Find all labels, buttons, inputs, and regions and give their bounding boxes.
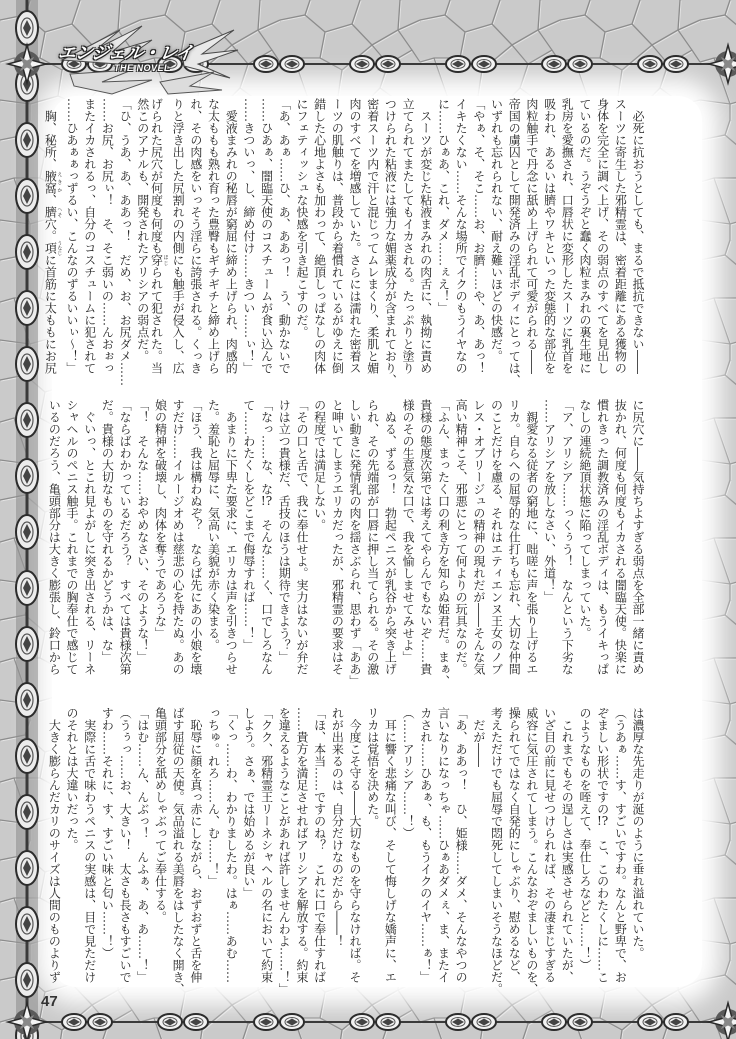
text-column: 「ア、アリシア……っくぅう！ なんという下劣な	[558, 399, 576, 675]
text-column: りと浮き出した尻割れの内側にも触手が侵入し、広	[168, 98, 186, 374]
text-column: 耳に響く悲痛な叫び、そして悔しげな嬌声に、エ	[381, 707, 399, 983]
book-page: エンジェル・レイ THE NOVEL 必死に抗おうとしても、まるで抵抗できない―…	[0, 0, 736, 1039]
text-column: ぞましい形状ですの!? こ、このわたくしに……こ	[593, 707, 611, 983]
text-column: のようなものを咥えて、奉仕しろなどと……！）	[575, 707, 593, 983]
text-column: カされ……ひあぁ、も、もうイクのイヤ……ぁ！」	[416, 707, 434, 983]
text-column: シャヘルのペニス触手。これまでの胸奉仕で感じて	[62, 399, 80, 675]
text-column: 娘の精神を破壊し、肉体を奪うであろうな」	[151, 399, 169, 675]
text-column: れが出来るのは、自分だけなのだから――！	[328, 707, 346, 983]
text-column: れ、その肉感をいっそう淫らに誇張される。くっき	[186, 98, 204, 374]
text-column: ……ひあぁ、闇臨天使のコスチュームが食い込んで	[257, 98, 275, 374]
text-column: イキたくない……そんな場所でイクのもうイヤなの	[451, 98, 469, 374]
text-column: 「ならばわかっているだろう？ すべては貴様次第	[115, 399, 133, 675]
text-column: 胸、秘所、腋窩えきか、臍へそ穴。項うなじに首筋に太ももにお尻	[45, 98, 63, 374]
text-column: 慣れきった調教済みの淫乱ボディは、もうイキっぱ	[593, 399, 611, 675]
text-column: 操られてではなく自発的にしゃぶり、慰めるなど、	[505, 707, 523, 983]
text-column: またイカされるっ、自分のコスチュームに犯されて	[80, 98, 98, 374]
text-block-top: 必死に抗おうとしても、まるで抵抗できない――スーツに寄生した邪精霊は、密着距離に…	[45, 98, 646, 374]
text-column: レス・オブリージュの精神の現れだが――そんな気	[469, 399, 487, 675]
logo-subtitle: THE NOVEL	[114, 63, 170, 73]
text-column: 立てられてまたしてもイカされる。たっぷりと塗り	[398, 98, 416, 374]
text-column: 「ふん、まったく口の利き方を知らぬ姫君だ。まぁ、	[434, 399, 452, 675]
text-column: 乳房を愛撫され、口唇状に変形したスーツに乳首を	[558, 98, 576, 374]
text-column: にフェティッシュな快感を引き起こすのだ。	[292, 98, 310, 374]
text-column: 「！ そんな……おやめなさい、そのような！」	[133, 399, 151, 675]
text-column: に尻穴に――気持ちよすぎる弱点を全部一緒に責め	[628, 399, 646, 675]
text-column: だ。貴様の大切なものを守れるかどうかは、な」	[98, 399, 116, 675]
text-column: 高い精神こそ、邪悪にとって何よりの玩具なのだ。	[451, 399, 469, 675]
text-column: 今度こそ守る――大切なものを守らなければ。そ	[345, 707, 363, 983]
text-column: た。羞恥と屈辱に、気高い美貌が赤く染まる。	[204, 399, 222, 675]
page-number: 47	[41, 993, 58, 1010]
text-column: 「ひ、うあ、あ、ああっ！ だめ、お、お尻ダメ……	[115, 98, 133, 374]
text-column: 様のその生意気な口で、我を愉しませてみせよ」	[398, 399, 416, 675]
text-column: 亀頭部分を舐めしゃぶってご奉仕する。	[151, 707, 169, 983]
text-column: だが――	[469, 707, 487, 983]
text-column: 愛液まみれの秘唇が窮屈に締め上げられ、肉感的	[222, 98, 240, 374]
text-column: ぬる、ずるっ！ 勃起ペニスが乳谷から突き上げ	[381, 399, 399, 675]
left-border	[12, 0, 42, 1039]
text-column: 親愛なる従者の窮地に、咄嗟に声を張り上げるエ	[522, 399, 540, 675]
text-column: ……お尻、お尻ぃ！ そ、そこ弱いの……んおぉっ	[98, 98, 116, 374]
text-column: の程度では満足しない。	[310, 399, 328, 675]
text-column: （うあぁ……す、すごいですわ。なんと野卑で、お	[611, 707, 629, 983]
text-column: なしの連続絶頂状態に陥ってしまっていた。	[575, 399, 593, 675]
text-column: ……きついっ、し、締め付け……きつい……ぃ！」	[239, 98, 257, 374]
text-block-bottom: は濃厚な先走りが涎のように垂れ溢れていた。（うあぁ……す、すごいですわ。なんと野…	[45, 707, 646, 983]
text-column: を違えるようなことがあれば許しませんわよ……！」	[275, 707, 293, 983]
text-column: 「はむ……ん、んぶっ！ んふぁ、あ、あ……！」	[133, 707, 151, 983]
text-column: あまりに下卑た要求に、エリカは声を引きつらせ	[222, 399, 240, 675]
text-column: 「ほう、我は構わぬぞ？ ならば先にあの小娘を壊	[186, 399, 204, 675]
text-column: いるのだろう、亀頭部分は大きく膨張し、鈴口から	[45, 399, 63, 675]
text-column: （うぅっ……お、大きい！ 太さも長さもすごいで	[115, 707, 133, 983]
text-column: 「あ、あぁ……ひ、あ、ああっ！ う、動かないで	[275, 98, 293, 374]
text-column: ……ひあぁぁっずるい、こんなのずるいいぃ～！」	[62, 98, 80, 374]
text-column: これまでもその逞しさは実感させられていたが、	[558, 707, 576, 983]
series-logo: エンジェル・レイ THE NOVEL	[54, 22, 244, 98]
text-column: ーツの肌触りは、普段から着慣れているがゆえに倒	[328, 98, 346, 374]
text-column: 「あ、ああっ！ ひ、姫様……ダメ、そんなやつの	[451, 707, 469, 983]
text-column: られ、その先端部が口唇に押し当てられる。その激	[363, 399, 381, 675]
text-column: 錯した心地よさも加わって、絶頂しっぱなしの肉体	[310, 98, 328, 374]
text-column: 「クク、邪精霊王リーネシャヘルの名において約束	[257, 707, 275, 983]
text-column: 「やぁ、そ、そこ……お、お臍……や、あ、あっ！	[469, 98, 487, 374]
text-column: ばす屈従の天使。気品溢れる美唇をはしたなく開き、	[168, 707, 186, 983]
text-column: つけられた粘液には強力な媚薬成分が含まれており、	[381, 98, 399, 374]
text-column: すだけ……イルージオめは慈悲の心を持たぬ。あの	[168, 399, 186, 675]
text-column: 帝国の虜囚として開発済みの淫乱ボディにとっては、	[505, 98, 523, 374]
text-column: 必死に抗おうとしても、まるで抵抗できない――	[628, 98, 646, 374]
text-column: 「なっ……な、な!? そんな……く、口でしろなん	[257, 399, 275, 675]
text-column: ……貴方を満足させればアリシアを解放する。約束	[292, 707, 310, 983]
text-column: 身体を完全に調べ上げ、その弱点のすべてを見出し	[593, 98, 611, 374]
text-column: しよう。さぁ、では始めるが良い」	[239, 707, 257, 983]
text-column: ているのだ。うぞうぞと蠢く肉粒まみれの裏生地に	[575, 98, 593, 374]
text-column: のそれとは大違いだった。	[62, 707, 80, 983]
text-column: リカ。自らへの屈辱的な仕打ちも忘れ、大切な仲間	[505, 399, 523, 675]
text-column: 考えただけでも屈辱で悶死してしまいそうなほどだ。	[487, 707, 505, 983]
logo-title: エンジェル・レイ	[56, 39, 194, 65]
text-column: 「ほ、本当……ですのね？ これに口で奉仕すれば	[310, 707, 328, 983]
text-column: のことだけを慮る、それはエティエンヌ王女のノブ	[487, 399, 505, 675]
text-column: 大きく膨らんだカリのサイズは人間のものよりず	[45, 707, 63, 983]
text-column: ……アリシアを放しなさい、外道！」	[540, 399, 558, 675]
text-column: っちゅ。れろ……ん、む……！」	[204, 707, 222, 983]
text-column: 「その口と舌で、我に奉仕せよ。実力はないが弁だ	[292, 399, 310, 675]
text-column: 肉粒触手で丹念に舐め上げられて可愛がられる――	[522, 98, 540, 374]
text-column: 吸われ、あるいは臍やワキといった変態的な部位を	[540, 98, 558, 374]
text-column: 実際に舌で味わうペニスの実感は、目で見ただけ	[80, 707, 98, 983]
text-column: は濃厚な先走りが涎のように垂れ溢れていた。	[628, 707, 646, 983]
text-column: リカは覚悟を決めた。	[363, 707, 381, 983]
text-column: 抜かれ、何度も何度もイカされる闇臨天使。快楽に	[611, 399, 629, 675]
text-column: 「くっ……わ、わかりましたわ。はぁ……あむ……	[222, 707, 240, 983]
text-column: て……わたくしをどこまで侮辱すれば……！」	[239, 399, 257, 675]
text-column: いざ目の前に見せつけられれば、その凄まじすぎる	[540, 707, 558, 983]
text-column: いずれも忘れられない、耐え難いほどの快感だ。	[487, 98, 505, 374]
text-column: しい動きに発情乳の肉を揺さぶられ、思わず「ああ」	[345, 399, 363, 675]
text-column: けは立つ貴様だ、舌技のほうは期待できよう？」	[275, 399, 293, 675]
text-column: な太ももも熟れ育った豊臀もギチギチと締め上げら	[204, 98, 222, 374]
text-column: すわ……それに、す、すごい味と匂い……！）	[98, 707, 116, 983]
text-column: 然このアナルも、開発されたアリシアの弱点だ。	[133, 98, 151, 374]
text-column: 威容に気圧されてしまう。こんなおぞましいものを、	[522, 707, 540, 983]
text-column: スーツに寄生した邪精霊は、密着距離にある獲物の	[611, 98, 629, 374]
text-column: と呻いてしまうエリカだったが、邪精霊の要求はそ	[328, 399, 346, 675]
text-column: スーツが変じた粘液まみれの肉舌に、執拗に責め	[416, 98, 434, 374]
text-column: 肉のすべてを増感していた。さらには濡れた密着ス	[345, 98, 363, 374]
text-column: 言いなりになっちゃ……ひぁあダメぇ、ま、またイ	[434, 707, 452, 983]
text-column: に……ひぁあ、これ、ダメ……ぇえ！」	[434, 98, 452, 374]
text-column: （……アリシア……！）	[398, 707, 416, 983]
text-column: げられた尻穴が何度も何度も穿ほじられて犯された。当	[151, 98, 169, 374]
text-column: ぐいっ、とこれ見よがしに突き出される、リーネ	[80, 399, 98, 675]
text-column: 貴様の態度次第では考えてやらんでもないぞ……貴	[416, 399, 434, 675]
bottom-border	[40, 1010, 736, 1034]
text-column: 恥辱に顔を真っ赤にしながら、おずおずと舌を伸	[186, 707, 204, 983]
text-column: 密着スーツ内で汗と混じってムレまくり、柔肌と媚	[363, 98, 381, 374]
text-block-middle: に尻穴に――気持ちよすぎる弱点を全部一緒に責め抜かれ、何度も何度もイカされる闇臨…	[45, 399, 646, 675]
